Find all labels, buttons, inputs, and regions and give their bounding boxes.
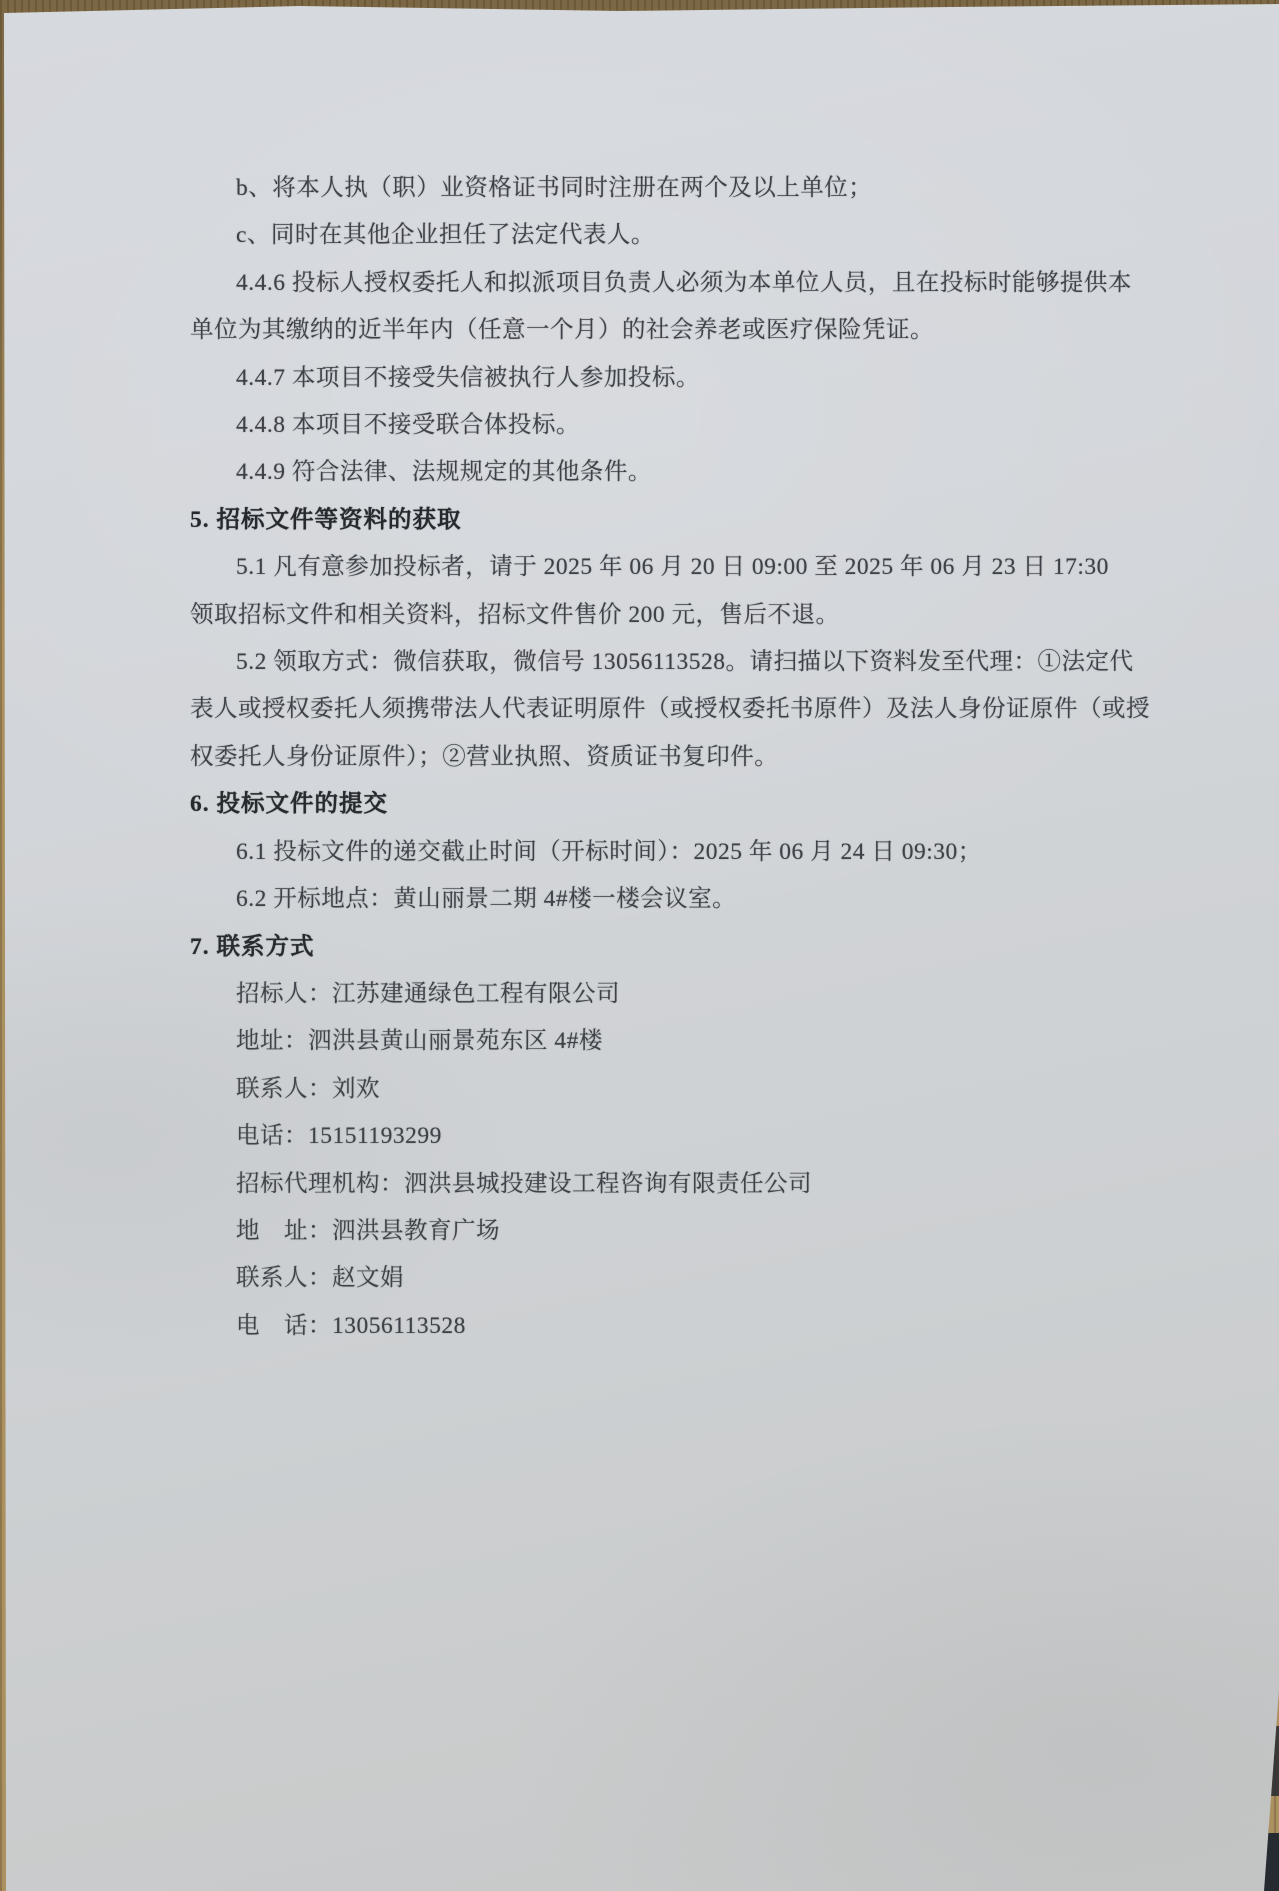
document-line: c、同时在其他企业担任了法定代表人。	[0, 212, 1279, 259]
document-line: 联系人：刘欢	[0, 1066, 1279, 1113]
document-line: 电 话：13056113528	[0, 1303, 1279, 1350]
document-line: 联系人：赵文娟	[0, 1255, 1279, 1302]
document-line: 4.4.8 本项目不接受联合体投标。	[0, 402, 1279, 449]
document-line: 4.4.6 投标人授权委托人和拟派项目负责人必须为本单位人员，且在投标时能够提供…	[0, 260, 1279, 307]
document-text-block: b、将本人执（职）业资格证书同时注册在两个及以上单位；c、同时在其他企业担任了法…	[0, 165, 1279, 1350]
document-line: 4.4.9 符合法律、法规规定的其他条件。	[0, 449, 1279, 496]
paper-sheet: b、将本人执（职）业资格证书同时注册在两个及以上单位；c、同时在其他企业担任了法…	[0, 0, 1279, 1891]
document-line: 表人或授权委托人须携带法人代表证明原件（或授权委托书原件）及法人身份证原件（或授	[0, 686, 1279, 733]
document-line: 领取招标文件和相关资料，招标文件售价 200 元，售后不退。	[0, 592, 1279, 639]
document-line: 权委托人身份证原件）；②营业执照、资质证书复印件。	[0, 734, 1279, 781]
section-heading: 7. 联系方式	[0, 924, 1279, 971]
document-line: 电话：15151193299	[0, 1113, 1279, 1160]
document-line: 5.2 领取方式：微信获取，微信号 13056113528。请扫描以下资料发至代…	[0, 639, 1279, 686]
section-heading: 6. 投标文件的提交	[0, 781, 1279, 828]
document-line: b、将本人执（职）业资格证书同时注册在两个及以上单位；	[0, 165, 1279, 212]
section-heading: 5. 招标文件等资料的获取	[0, 497, 1279, 544]
document-line: 招标人：江苏建通绿色工程有限公司	[0, 971, 1279, 1018]
document-line: 5.1 凡有意参加投标者，请于 2025 年 06 月 20 日 09:00 至…	[0, 544, 1279, 591]
document-line: 地 址：泗洪县教育广场	[0, 1208, 1279, 1255]
document-line: 6.2 开标地点：黄山丽景二期 4#楼一楼会议室。	[0, 876, 1279, 923]
document-line: 地址：泗洪县黄山丽景苑东区 4#楼	[0, 1018, 1279, 1065]
document-line: 单位为其缴纳的近半年内（任意一个月）的社会养老或医疗保险凭证。	[0, 307, 1279, 354]
document-line: 4.4.7 本项目不接受失信被执行人参加投标。	[0, 355, 1279, 402]
photo-of-document: { "colors": { "wood": "#ab9060", "wood-d…	[0, 0, 1279, 1891]
document-line: 6.1 投标文件的递交截止时间（开标时间）：2025 年 06 月 24 日 0…	[0, 829, 1279, 876]
document-line: 招标代理机构：泗洪县城投建设工程咨询有限责任公司	[0, 1161, 1279, 1208]
